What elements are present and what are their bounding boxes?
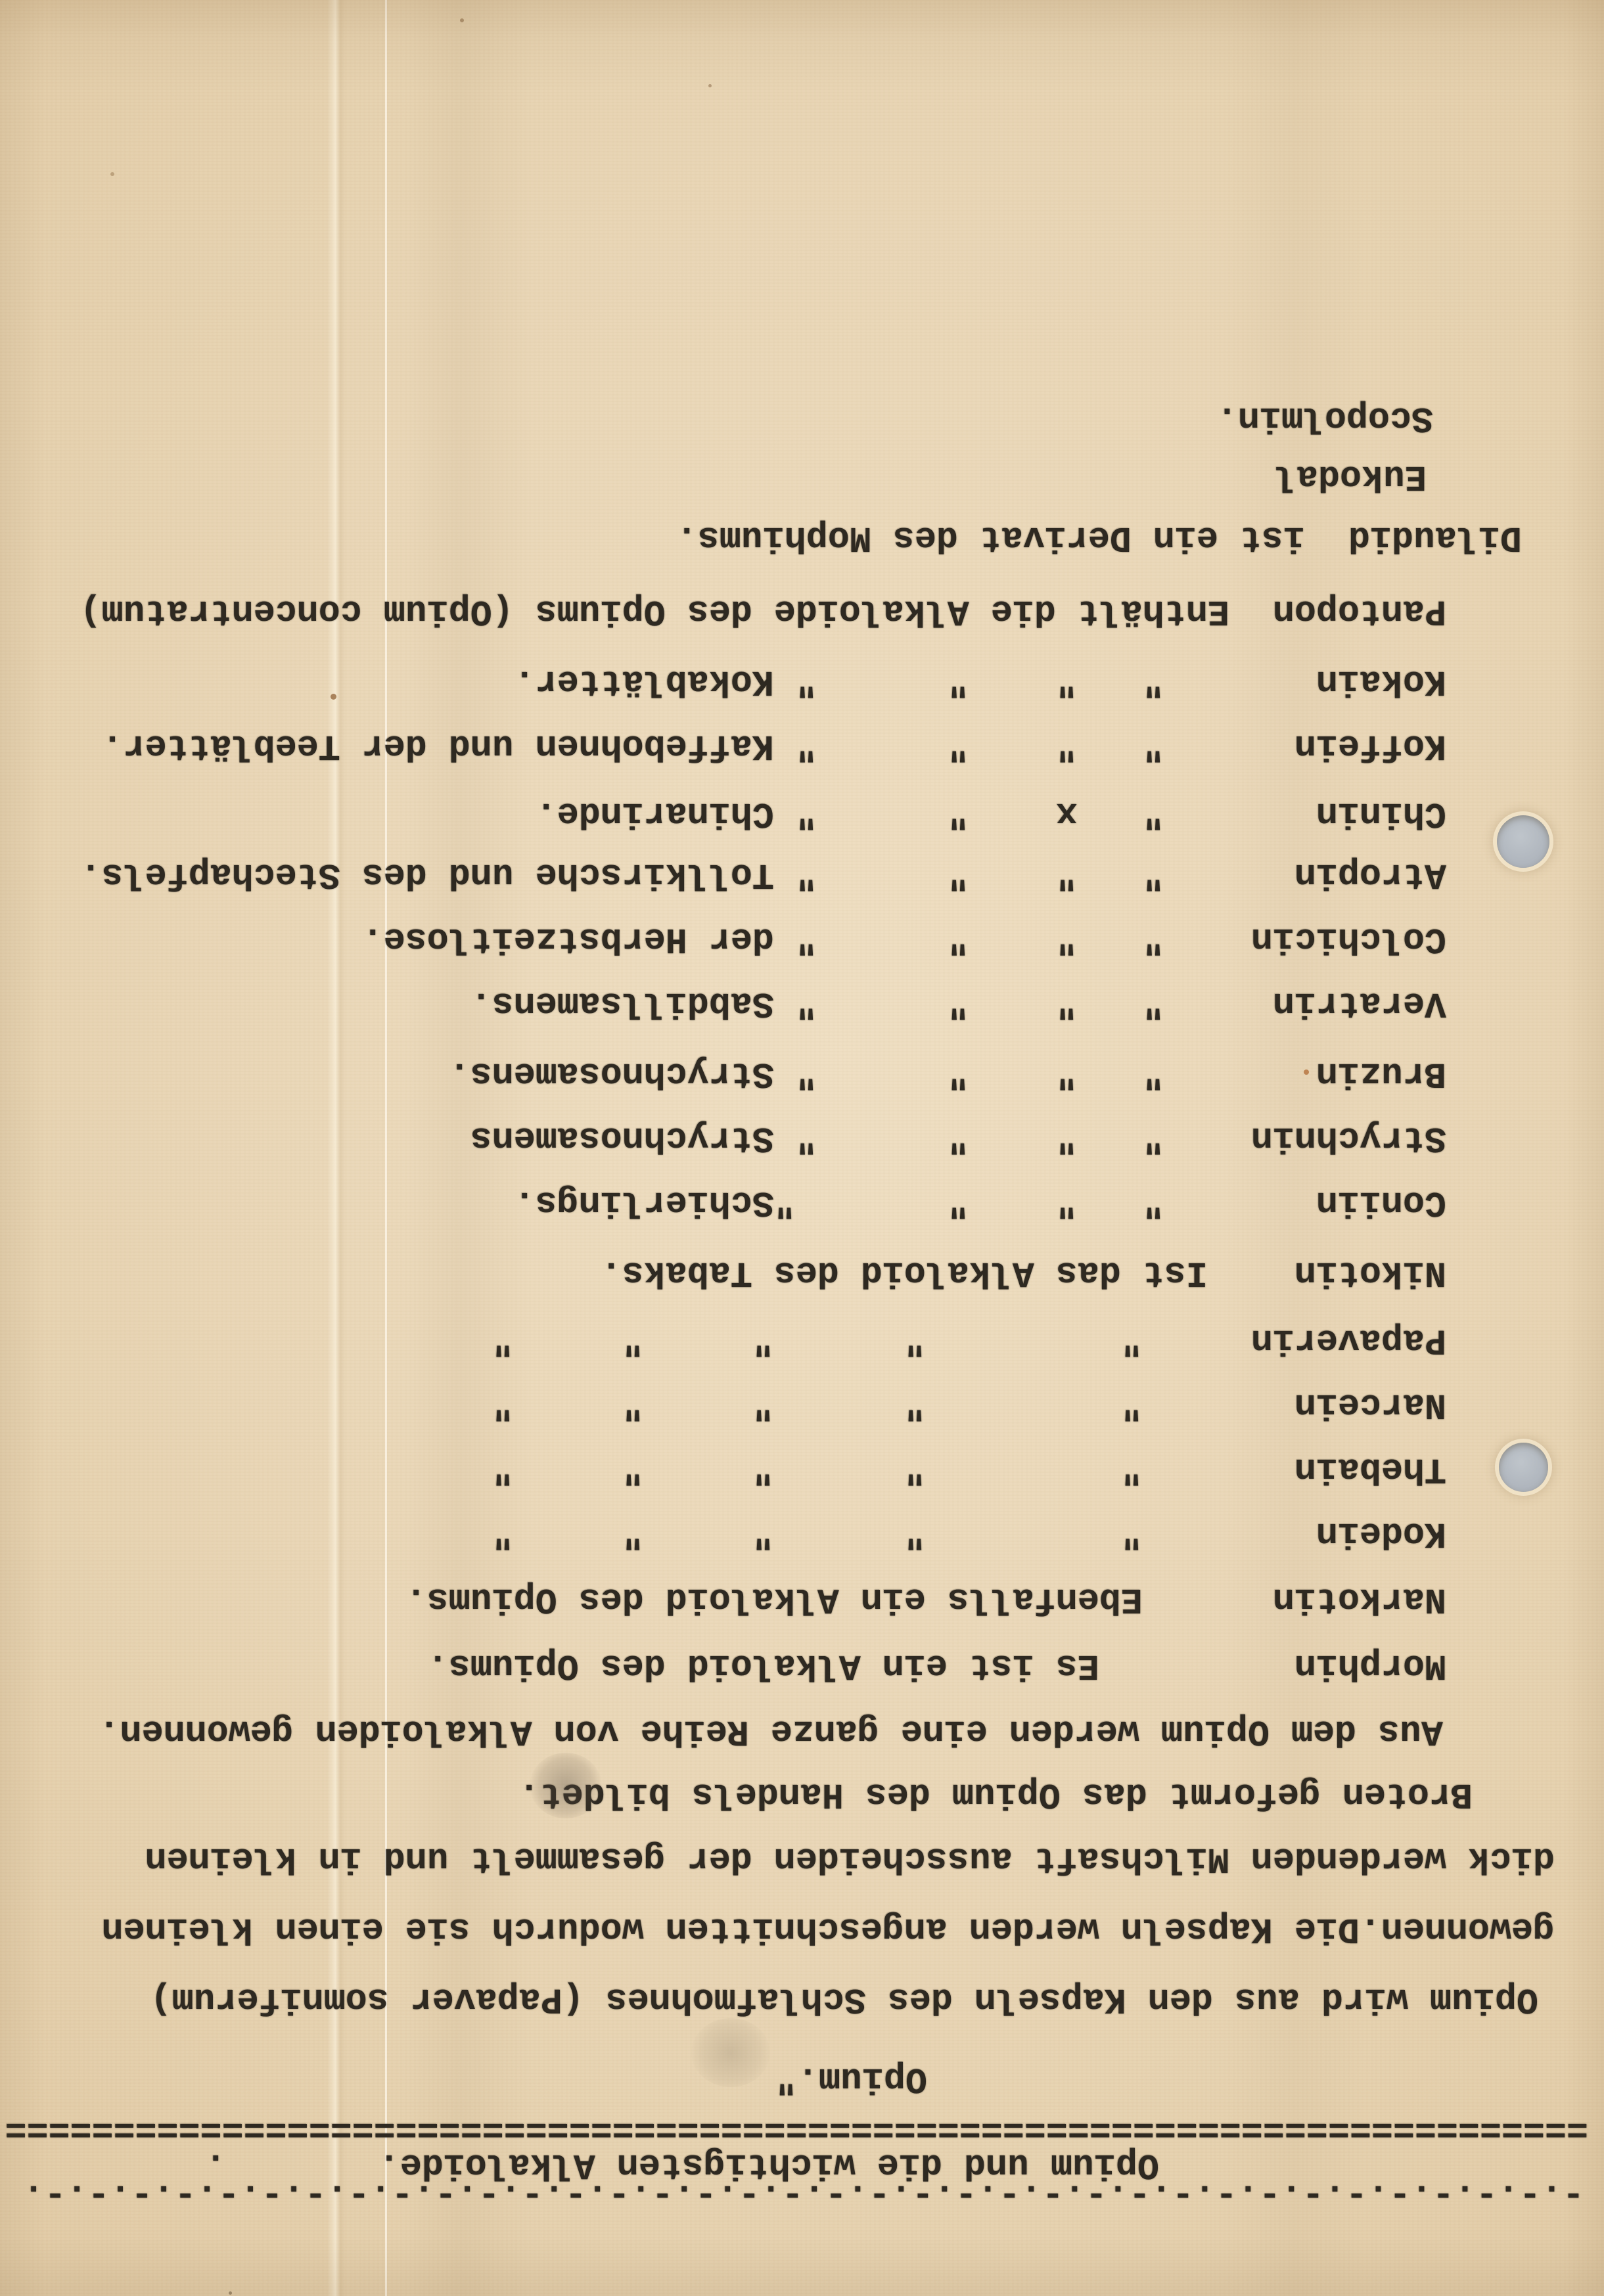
row-veratrin: Veratrin " " " " Sabdillsamens.: [470, 985, 1446, 1022]
paragraph-line-3: dick werdenden Milchsaft ausscheiden der…: [145, 1841, 1555, 1877]
row-nikotin: Nikotin Ist das Alkaloid des Tabaks.: [601, 1255, 1446, 1291]
scanned-page: -.-.-.-.-.-.-.-.-.-.-.-.-.-.-.-.-.-.-.-.…: [0, 0, 1604, 2296]
row-eukodal: Eukodal: [1275, 459, 1427, 495]
heading-opium: Opium.": [775, 2061, 927, 2097]
intro-line: Aus dem Opium werden eine ganze Reihe vo…: [99, 1713, 1443, 1749]
row-morphin: Morphin Es ist ein Alkaloid des Opiums.: [427, 1648, 1446, 1684]
punch-hole-top: [1497, 815, 1549, 868]
separator-equals: ========================================…: [5, 2110, 1588, 2146]
page-title: Opium und die wichtigsten Alkaloide. .: [205, 2147, 1159, 2183]
row-strychnin: Strychnin " " " " Strychnosamens: [470, 1120, 1446, 1156]
row-atropin: Atropin " " " " Tollkirsche und des Stec…: [80, 857, 1446, 893]
row-papaverin: Papaverin " " " " ": [492, 1322, 1446, 1359]
row-kokain: Kokain " " " " Kokablätter.: [514, 664, 1446, 700]
row-pantopon: Pantopon Enthält die Alkaloide des Opium…: [80, 593, 1446, 629]
row-coniin: Coniin " " " "Schierlings.: [514, 1184, 1446, 1221]
paragraph-line-1: Opium wird aus den Kapseln des Schlafmoh…: [150, 1981, 1538, 2017]
row-chinin: Chinin " x " " Chinarinde.: [536, 796, 1446, 832]
row-colchicin: Colchicin " " " " der Herbstzeitlose.: [362, 921, 1446, 957]
row-scopolmin: Scopolmin.: [1216, 400, 1433, 436]
punch-hole-bottom: [1499, 1443, 1548, 1492]
row-narcein: Narcein " " " " ": [492, 1387, 1446, 1423]
paragraph-line-4: Broten geformt das Opium des Handels bil…: [518, 1776, 1473, 1812]
paragraph-line-2: gewonnen.Die Kapseln werden angeschnitte…: [102, 1911, 1555, 1947]
row-bruzin: Bruzin " " " " Strychnosamens.: [449, 1056, 1446, 1092]
row-kodein: Kodein " " " " ": [492, 1516, 1446, 1552]
row-koffein: Koffein " " " " Kaffebohnen und der Teeb…: [102, 728, 1446, 764]
row-dilaudid: Dilaudid ist ein Derivat des Mophiums.: [676, 520, 1522, 556]
row-thebain: Thebain " " " " ": [492, 1451, 1446, 1487]
typewritten-content: -.-.-.-.-.-.-.-.-.-.-.-.-.-.-.-.-.-.-.-.…: [0, 0, 1604, 2296]
row-narkotin: Narkotin Ebenfalls ein Alkaloid des Opiu…: [405, 1581, 1446, 1617]
